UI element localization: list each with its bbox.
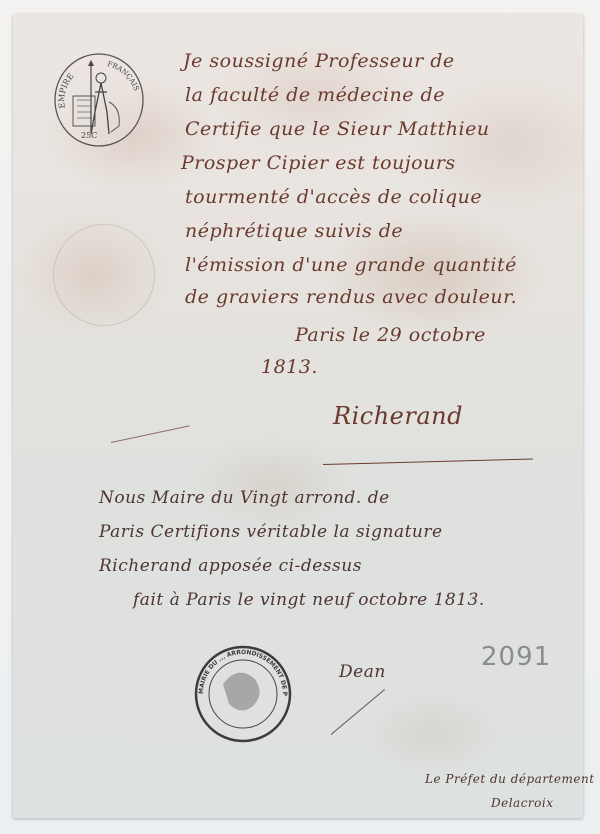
mayor-signature: Dean — [339, 662, 386, 682]
body-line: Je soussigné Professeur de — [183, 50, 455, 72]
stray-pen-stroke — [111, 425, 189, 443]
body-line: tourmenté d'accès de colique — [185, 186, 482, 208]
prefect-line: Le Préfet du département — [425, 772, 595, 786]
mairie-ink-seal: MAIRIE DU ... ARRONDISSEMENT DE PARIS — [193, 644, 293, 744]
paper-sheet: EMPIRE FRANÇAIS 25C Je soussigné Profess… — [13, 14, 583, 818]
prefect-signature: Delacroix — [491, 796, 554, 810]
legalization-line: Richerand apposée ci-dessus — [99, 556, 362, 576]
body-line: néphrétique suivis de — [185, 220, 403, 242]
embossed-seal — [53, 224, 155, 326]
body-line: l'émission d'une grande quantité — [185, 254, 517, 276]
year: 1813. — [261, 356, 318, 378]
legalization-line: Paris Certifions véritable la signature — [99, 522, 443, 542]
body-line: Certifie que le Sieur Matthieu — [185, 118, 490, 140]
body-line: la faculté de médecine de — [185, 84, 445, 106]
professor-signature: Richerand — [333, 402, 463, 430]
legalization-line: fait à Paris le vingt neuf octobre 1813. — [133, 590, 485, 610]
document-photo: EMPIRE FRANÇAIS 25C Je soussigné Profess… — [0, 0, 600, 834]
place-date: Paris le 29 octobre — [295, 324, 486, 346]
body-line: Prosper Cipier est toujours — [181, 152, 456, 174]
archive-number: 2091 — [481, 642, 551, 672]
svg-text:25C: 25C — [81, 131, 97, 140]
legalization-line: Nous Maire du Vingt arrond. de — [99, 488, 390, 508]
body-line: de graviers rendus avec douleur. — [185, 286, 517, 308]
empire-francais-tax-stamp: EMPIRE FRANÇAIS 25C — [51, 52, 147, 148]
signature-flourish — [323, 459, 533, 465]
mayor-flourish — [331, 689, 385, 735]
allegorical-figure-icon: EMPIRE FRANÇAIS 25C — [51, 52, 147, 148]
